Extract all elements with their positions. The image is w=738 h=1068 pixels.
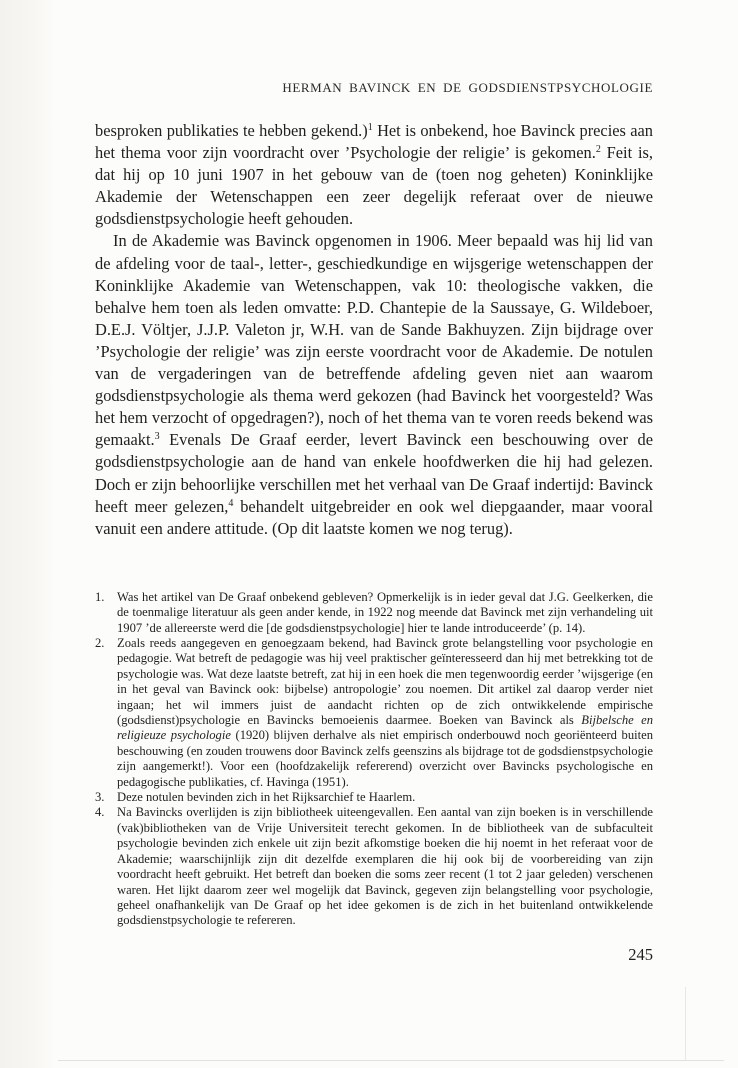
footnote-ref-3: 3 xyxy=(155,431,160,442)
footnotes-block: 1.Was het artikel van De Graaf onbekend … xyxy=(95,590,653,929)
footnote-2: 2.Zoals reeds aangegeven en genoegzaam b… xyxy=(95,636,653,790)
footnote-ref-4: 4 xyxy=(228,498,233,509)
footnote-1: 1.Was het artikel van De Graaf onbekend … xyxy=(95,590,653,636)
footnote-number: 2. xyxy=(95,636,104,651)
scanned-page: HERMAN BAVINCK EN DE GODSDIENSTPSYCHOLOG… xyxy=(0,0,738,1068)
footnote-text: Zoals reeds aangegeven en genoegzaam bek… xyxy=(117,636,653,727)
body-text-segment: In de Akademie was Bavinck opgenomen in … xyxy=(95,231,653,449)
running-head: HERMAN BAVINCK EN DE GODSDIENSTPSYCHOLOG… xyxy=(95,80,653,96)
body-text-segment: besproken publikaties te hebben gekend.) xyxy=(95,121,368,140)
footnote-4: 4.Na Bavincks overlijden is zijn bibliot… xyxy=(95,805,653,928)
footnote-3: 3.Deze notulen bevinden zich in het Rijk… xyxy=(95,790,653,805)
scan-edge-bottom xyxy=(58,1060,724,1061)
footnote-text: Deze notulen bevinden zich in het Rijksa… xyxy=(117,790,415,804)
footnote-number: 1. xyxy=(95,590,104,605)
footnote-ref-2: 2 xyxy=(596,144,601,155)
scan-edge-right xyxy=(685,987,686,1061)
footnote-text: Was het artikel van De Graaf onbekend ge… xyxy=(117,590,653,635)
footnote-ref-1: 1 xyxy=(368,122,373,133)
body-text: besproken publikaties te hebben gekend.)… xyxy=(95,120,653,540)
footnote-text: Na Bavincks overlijden is zijn bibliothe… xyxy=(117,805,653,927)
body-paragraph-2: In de Akademie was Bavinck opgenomen in … xyxy=(95,230,653,539)
scan-edge-left xyxy=(0,0,55,1068)
body-paragraph-1: besproken publikaties te hebben gekend.)… xyxy=(95,120,653,230)
footnote-number: 4. xyxy=(95,805,104,820)
page-number: 245 xyxy=(95,945,653,965)
footnote-number: 3. xyxy=(95,790,104,805)
text-column: HERMAN BAVINCK EN DE GODSDIENSTPSYCHOLOG… xyxy=(95,80,653,965)
